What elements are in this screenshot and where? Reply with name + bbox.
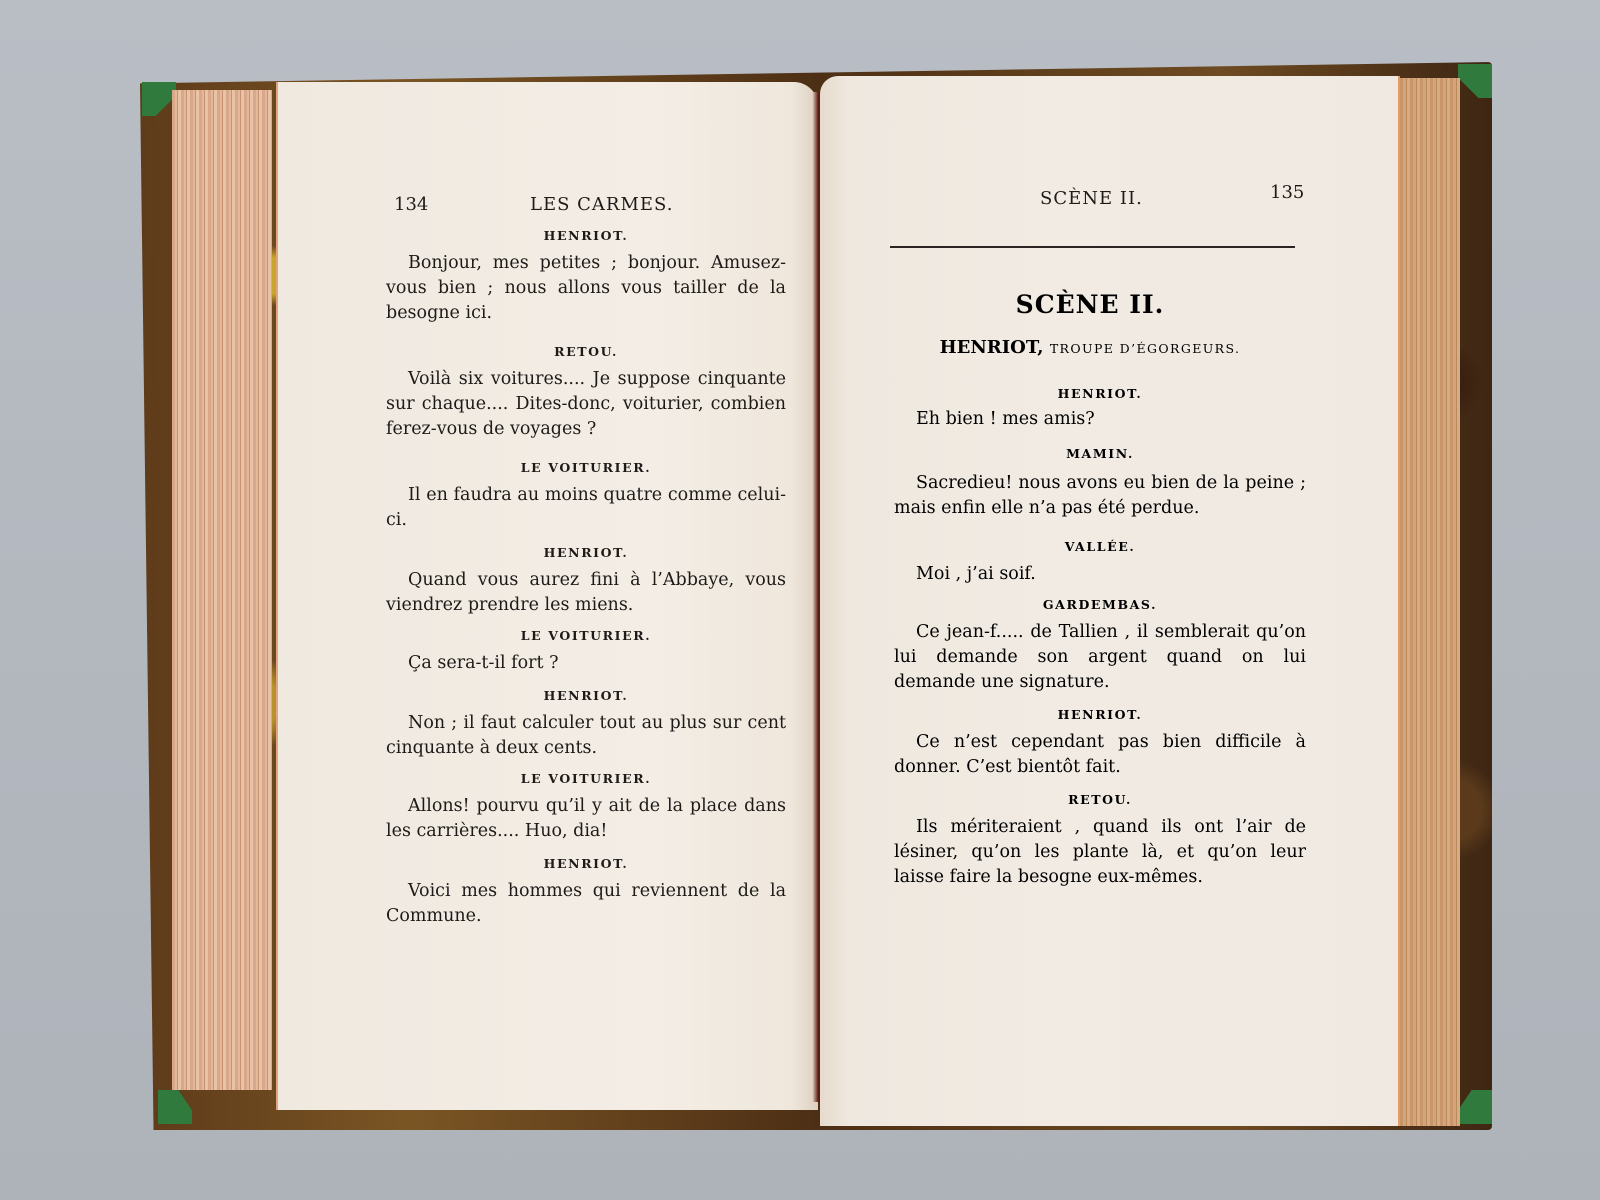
speaker-name: HENRIOT.: [894, 707, 1306, 722]
right-page-stack-edge: [1398, 78, 1460, 1126]
speaker-name: HENRIOT.: [386, 545, 786, 560]
speaker-name: LE VOITURIER.: [386, 771, 786, 786]
running-head: SCÈNE II.: [1040, 188, 1143, 209]
speaker-name: HENRIOT.: [386, 856, 786, 871]
header-rule: [890, 246, 1295, 248]
scene-title: SCÈNE II.: [880, 290, 1300, 319]
speaker-name: HENRIOT.: [386, 688, 786, 703]
speech-text: Il en faudra au moins quatre comme celui…: [386, 483, 786, 533]
speech-text: Ça sera-t-il fort ?: [386, 651, 786, 676]
speech-text: Sacredieu! nous avons eu bien de la pein…: [894, 471, 1306, 521]
scene-persons: HENRIOT, TROUPE D’ÉGORGEURS.: [880, 337, 1300, 358]
speech-text: Allons! pourvu qu’il y ait de la place d…: [386, 794, 786, 844]
speech-text: Voilà six voitures.... Je suppose cinqua…: [386, 367, 786, 442]
speaker-name: MAMIN.: [894, 446, 1306, 461]
page-number: 135: [1270, 182, 1304, 203]
speech-text: Ce jean-f..... de Tallien , il semblerai…: [894, 620, 1306, 695]
speech-text: Voici mes hommes qui reviennent de la Co…: [386, 879, 786, 929]
speaker-name: HENRIOT.: [894, 386, 1306, 401]
speech-text: Non ; il faut calculer tout au plus sur …: [386, 711, 786, 761]
left-page-stack-edge: [172, 90, 272, 1090]
speech-text: Eh bien ! mes amis?: [894, 407, 1306, 432]
running-head: LES CARMES.: [530, 194, 673, 215]
left-page: 134 LES CARMES. HENRIOT. Bonjour, mes pe…: [276, 82, 818, 1110]
speaker-name: RETOU.: [894, 792, 1306, 807]
speech-text: Moi , j’ai soif.: [894, 562, 1306, 587]
speech-text: Quand vous aurez fini à l’Abbaye, vous v…: [386, 568, 786, 618]
speaker-name: LE VOITURIER.: [386, 628, 786, 643]
speaker-name: RETOU.: [386, 344, 786, 359]
dialogue-block-left: HENRIOT. Bonjour, mes petites ; bonjour.…: [386, 228, 786, 929]
speaker-name: VALLÉE.: [894, 539, 1306, 554]
speech-text: Ils mériteraient , quand ils ont l’air d…: [894, 815, 1306, 890]
speaker-name: HENRIOT.: [386, 228, 786, 243]
speech-text: Ce n’est cependant pas bien difficile à …: [894, 730, 1306, 780]
page-number: 134: [394, 194, 428, 215]
speaker-name: LE VOITURIER.: [386, 460, 786, 475]
persons-main: HENRIOT,: [940, 337, 1044, 358]
persons-rest: TROUPE D’ÉGORGEURS.: [1050, 341, 1241, 356]
dialogue-block-right: HENRIOT. Eh bien ! mes amis? MAMIN. Sacr…: [894, 386, 1306, 890]
speaker-name: GARDEMBAS.: [894, 597, 1306, 612]
speech-text: Bonjour, mes petites ; bonjour. Amusez-v…: [386, 251, 786, 326]
